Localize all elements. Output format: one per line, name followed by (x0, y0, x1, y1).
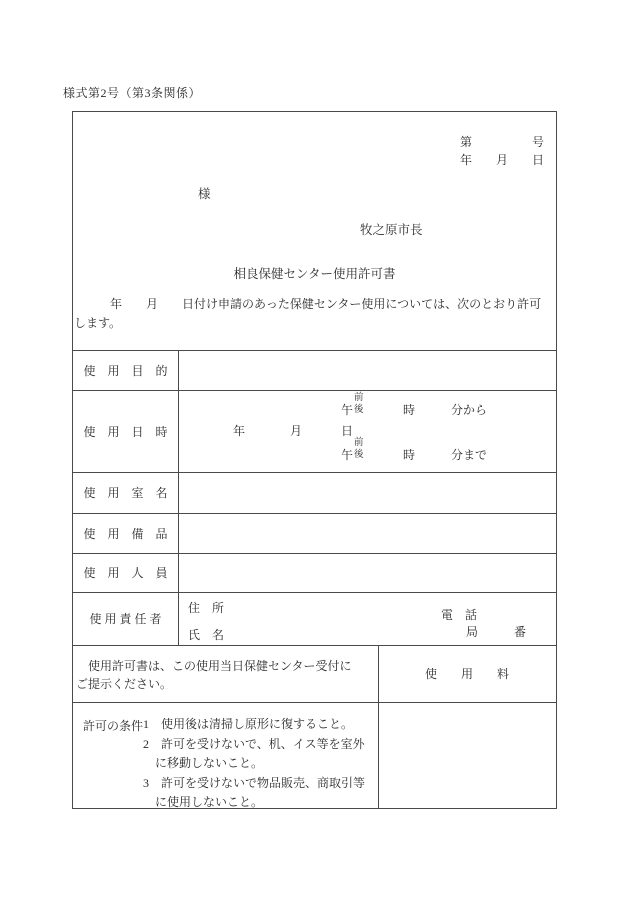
minute-to-label: 分まで (451, 446, 487, 463)
gozen-prefix: 午 (341, 401, 353, 418)
equipment-label-cell: 使 用 備 品 (73, 513, 178, 553)
body-paragraph-line-1: 年 月 日付け申請のあった保健センター使用については、次のとおり許可 (74, 295, 555, 314)
am-pm-stack: 前後 (354, 438, 364, 461)
address-label: 住 所 (188, 599, 224, 616)
conditions-list: 1 使用後は清掃し原形に復すること。 2 許可を受けないで、机、イス等を室外 に… (143, 715, 365, 813)
year-label: 年 (233, 422, 245, 439)
name-label: 氏 名 (188, 626, 224, 643)
pm-label: 後 (354, 450, 364, 460)
issuer-name: 牧之原市長 (360, 220, 423, 238)
equipment-field (178, 513, 556, 553)
datetime-field: 午 前後 時 分から 年 月 日 午 前後 時 分まで (178, 390, 556, 472)
hour-label-to: 時 (403, 446, 415, 463)
time-from-line: 午 前後 時 分から (178, 393, 556, 417)
body-paragraph-line-2: します。 (74, 314, 555, 333)
phone-exchange-number-label: 局 番 (466, 623, 526, 640)
document-title: 相良保健センター使用許可書 (73, 264, 556, 282)
responsible-field: 住 所 氏 名 電 話 局 番 (178, 592, 556, 645)
fee-label-cell: 使 用 料 (378, 645, 556, 702)
presentation-note-line-2: ご提示ください。 (76, 676, 381, 694)
condition-line: 1 使用後は清掃し原形に復すること。 (143, 715, 365, 735)
datetime-label-cell: 使 用 日 時 (73, 390, 178, 472)
hour-label-from: 時 (403, 401, 415, 418)
addressee-honorific: 様 (198, 184, 211, 202)
conditions-label: 許可の条件 (83, 717, 143, 734)
condition-line: に移動しないこと。 (143, 754, 365, 774)
month-label: 月 (290, 422, 302, 439)
staff-label-cell: 使 用 人 員 (73, 553, 178, 592)
fee-amount-field (378, 702, 556, 808)
minute-from-label: 分から (451, 401, 487, 418)
purpose-label-cell: 使 用 目 的 (73, 350, 178, 390)
gozen-prefix: 午 (341, 446, 353, 463)
presentation-note-line-1: 使用許可書は、この使用当日保健センター受付に (76, 658, 381, 676)
body-paragraph: 年 月 日付け申請のあった保健センター使用については、次のとおり許可 します。 (74, 295, 555, 333)
am-label: 前 (354, 438, 364, 448)
condition-line: 3 許可を受けないで物品販売、商取引等 (143, 774, 365, 794)
room-label-cell: 使 用 室 名 (73, 472, 178, 513)
am-label: 前 (354, 393, 364, 403)
phone-label: 電 話 (441, 606, 477, 623)
permit-document-sheet: 第 号 年 月 日 様 牧之原市長 相良保健センター使用許可書 年 月 日付け申… (72, 111, 557, 809)
am-pm-stack: 前後 (354, 393, 364, 416)
pm-label: 後 (354, 405, 364, 415)
staff-field (178, 553, 556, 592)
date-line: 年 月 日 (178, 422, 556, 438)
time-to-line: 午 前後 時 分まで (178, 438, 556, 462)
conditions-cell: 許可の条件 1 使用後は清掃し原形に復すること。 2 許可を受けないで、机、イス… (73, 702, 378, 808)
document-number-line: 第 号 (460, 133, 544, 150)
purpose-field (178, 350, 556, 390)
room-field (178, 472, 556, 513)
responsible-label-cell: 使 用 責 任 者 (73, 592, 178, 645)
issue-date-line: 年 月 日 (460, 151, 544, 168)
day-label: 日 (341, 422, 353, 439)
form-number-label: 様式第2号（第3条関係） (63, 84, 201, 101)
condition-line: に使用しないこと。 (143, 793, 365, 813)
condition-line: 2 許可を受けないで、机、イス等を室外 (143, 735, 365, 755)
